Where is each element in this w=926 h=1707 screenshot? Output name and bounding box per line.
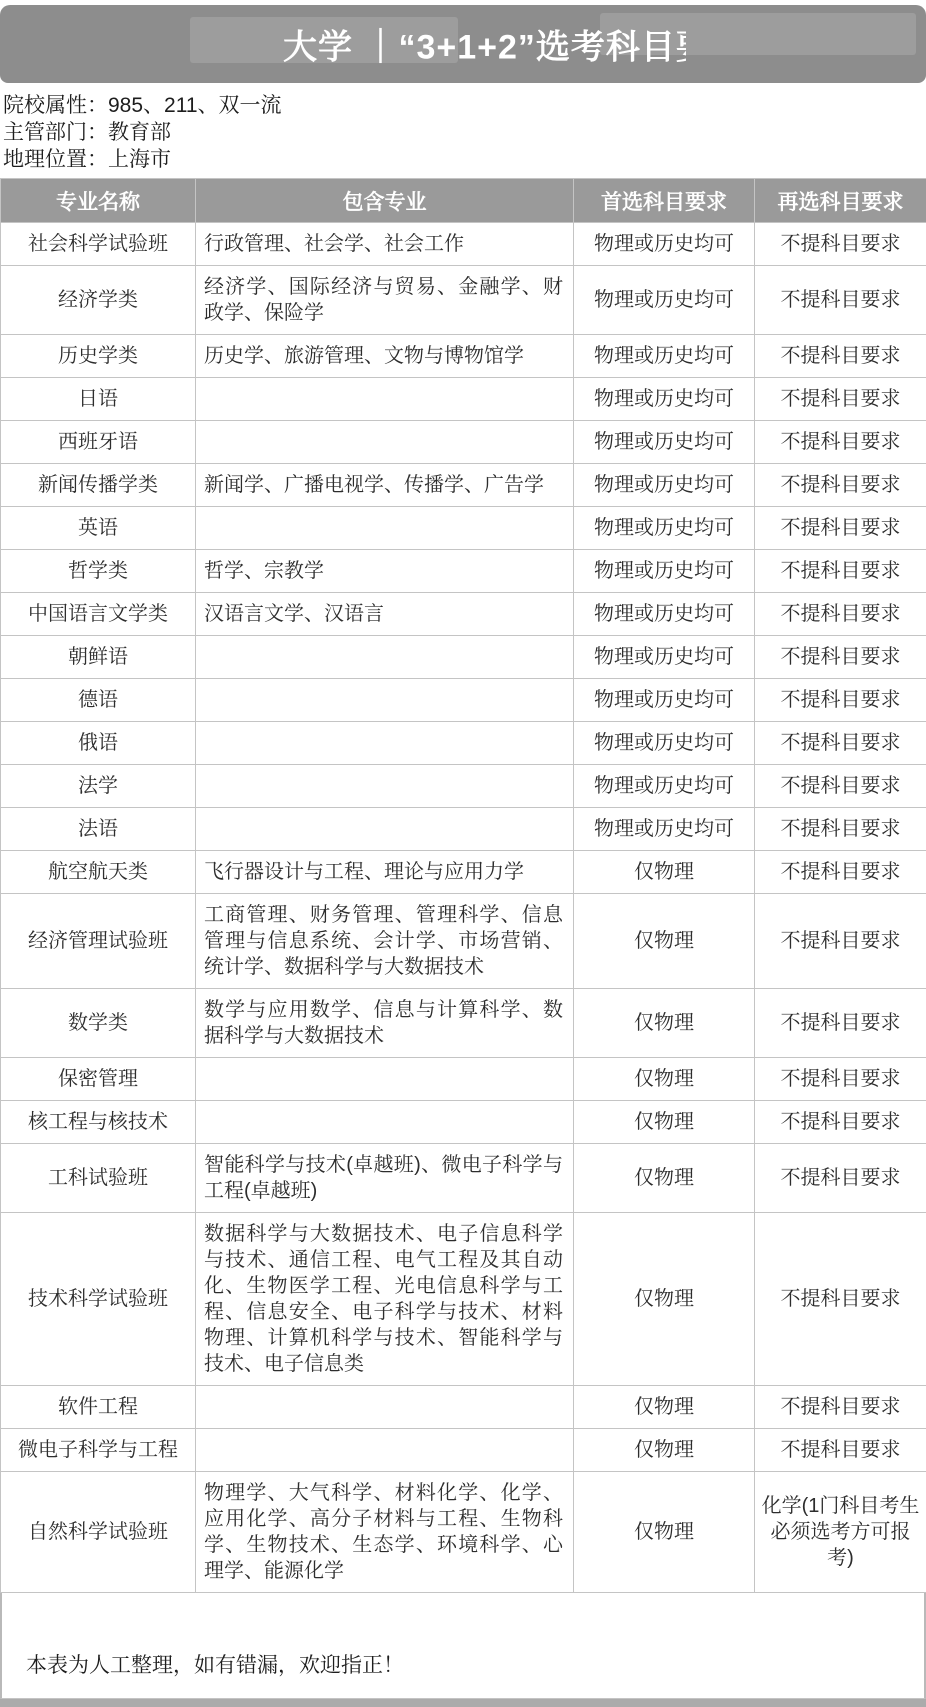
- first-subject-cell: 物理或历史均可: [574, 223, 755, 266]
- first-subject-cell: 仅物理: [574, 1386, 755, 1429]
- table-row: 新闻传播学类新闻学、广播电视学、传播学、广告学物理或历史均可不提科目要求: [1, 464, 926, 507]
- included-majors-cell: [196, 722, 574, 765]
- second-subject-cell: 不提科目要求: [755, 266, 926, 335]
- table-row: 保密管理仅物理不提科目要求: [1, 1058, 926, 1101]
- included-majors-cell: 工商管理、财务管理、管理科学、信息管理与信息系统、会计学、市场营销、统计学、数据…: [196, 894, 574, 989]
- second-subject-cell: 不提科目要求: [755, 1386, 926, 1429]
- included-majors-cell: [196, 1058, 574, 1101]
- included-majors-cell: [196, 378, 574, 421]
- major-name-cell: 数学类: [1, 989, 196, 1058]
- page-title-clipped-text: 要求: [676, 20, 686, 69]
- included-majors-cell: 经济学、国际经济与贸易、金融学、财政学、保险学: [196, 266, 574, 335]
- included-majors-cell: 哲学、宗教学: [196, 550, 574, 593]
- major-name-cell: 社会科学试验班: [1, 223, 196, 266]
- first-subject-cell: 仅物理: [574, 989, 755, 1058]
- table-header-row: 专业名称 包含专业 首选科目要求 再选科目要求: [1, 179, 926, 223]
- major-name-cell: 软件工程: [1, 1386, 196, 1429]
- bottom-bar: [0, 1699, 926, 1707]
- first-subject-cell: 物理或历史均可: [574, 765, 755, 808]
- footer-note: 本表为人工整理，如有错漏，欢迎指正！: [26, 1654, 404, 1677]
- included-majors-cell: [196, 1429, 574, 1472]
- major-name-cell: 经济学类: [1, 266, 196, 335]
- second-subject-cell: 不提科目要求: [755, 1144, 926, 1213]
- table-row: 经济学类经济学、国际经济与贸易、金融学、财政学、保险学物理或历史均可不提科目要求: [1, 266, 926, 335]
- first-subject-cell: 物理或历史均可: [574, 335, 755, 378]
- title-banner: 大学 ｜“3+1+2”选考科目要求: [0, 5, 926, 83]
- major-name-cell: 核工程与核技术: [1, 1101, 196, 1144]
- second-subject-cell: 不提科目要求: [755, 464, 926, 507]
- footer-note-box: 本表为人工整理，如有错漏，欢迎指正！: [0, 1593, 926, 1699]
- included-majors-cell: [196, 507, 574, 550]
- second-subject-cell: 不提科目要求: [755, 1058, 926, 1101]
- first-subject-cell: 仅物理: [574, 1144, 755, 1213]
- table-row: 社会科学试验班行政管理、社会学、社会工作物理或历史均可不提科目要求: [1, 223, 926, 266]
- table-row: 法学物理或历史均可不提科目要求: [1, 765, 926, 808]
- page-title-text: 大学 ｜“3+1+2”选考科目: [283, 29, 676, 67]
- major-name-cell: 俄语: [1, 722, 196, 765]
- included-majors-cell: 汉语言文学、汉语言: [196, 593, 574, 636]
- column-header-first-subject: 首选科目要求: [574, 179, 755, 223]
- second-subject-cell: 不提科目要求: [755, 808, 926, 851]
- table-row: 中国语言文学类汉语言文学、汉语言物理或历史均可不提科目要求: [1, 593, 926, 636]
- first-subject-cell: 物理或历史均可: [574, 679, 755, 722]
- first-subject-cell: 物理或历史均可: [574, 636, 755, 679]
- second-subject-cell: 不提科目要求: [755, 722, 926, 765]
- table-row: 数学类数学与应用数学、信息与计算科学、数据科学与大数据技术仅物理不提科目要求: [1, 989, 926, 1058]
- first-subject-cell: 仅物理: [574, 851, 755, 894]
- table-row: 俄语物理或历史均可不提科目要求: [1, 722, 926, 765]
- included-majors-cell: 智能科学与技术(卓越班)、微电子科学与工程(卓越班): [196, 1144, 574, 1213]
- second-subject-cell: 不提科目要求: [755, 378, 926, 421]
- included-majors-cell: [196, 808, 574, 851]
- table-row: 微电子科学与工程仅物理不提科目要求: [1, 1429, 926, 1472]
- first-subject-cell: 物理或历史均可: [574, 593, 755, 636]
- major-name-cell: 保密管理: [1, 1058, 196, 1101]
- table-row: 软件工程仅物理不提科目要求: [1, 1386, 926, 1429]
- included-majors-cell: 新闻学、广播电视学、传播学、广告学: [196, 464, 574, 507]
- second-subject-cell: 不提科目要求: [755, 851, 926, 894]
- first-subject-cell: 仅物理: [574, 1429, 755, 1472]
- first-subject-cell: 仅物理: [574, 894, 755, 989]
- major-name-cell: 日语: [1, 378, 196, 421]
- included-majors-cell: [196, 765, 574, 808]
- second-subject-cell: 不提科目要求: [755, 1429, 926, 1472]
- table-row: 西班牙语物理或历史均可不提科目要求: [1, 421, 926, 464]
- second-subject-cell: 不提科目要求: [755, 894, 926, 989]
- major-name-cell: 微电子科学与工程: [1, 1429, 196, 1472]
- major-name-cell: 英语: [1, 507, 196, 550]
- table-row: 工科试验班智能科学与技术(卓越班)、微电子科学与工程(卓越班)仅物理不提科目要求: [1, 1144, 926, 1213]
- included-majors-cell: 飞行器设计与工程、理论与应用力学: [196, 851, 574, 894]
- table-row: 经济管理试验班工商管理、财务管理、管理科学、信息管理与信息系统、会计学、市场营销…: [1, 894, 926, 989]
- first-subject-cell: 物理或历史均可: [574, 421, 755, 464]
- subjects-table: 专业名称 包含专业 首选科目要求 再选科目要求 社会科学试验班行政管理、社会学、…: [0, 178, 926, 1593]
- first-subject-cell: 物理或历史均可: [574, 550, 755, 593]
- table-row: 历史学类历史学、旅游管理、文物与博物馆学物理或历史均可不提科目要求: [1, 335, 926, 378]
- major-name-cell: 德语: [1, 679, 196, 722]
- major-name-cell: 西班牙语: [1, 421, 196, 464]
- school-info: 院校属性：985、211、双一流 主管部门：教育部 地理位置：上海市: [0, 83, 926, 178]
- second-subject-cell: 不提科目要求: [755, 1213, 926, 1386]
- major-name-cell: 朝鲜语: [1, 636, 196, 679]
- major-name-cell: 技术科学试验班: [1, 1213, 196, 1386]
- included-majors-cell: 行政管理、社会学、社会工作: [196, 223, 574, 266]
- first-subject-cell: 仅物理: [574, 1101, 755, 1144]
- second-subject-cell: 不提科目要求: [755, 335, 926, 378]
- info-line-department: 主管部门：教育部: [3, 119, 926, 146]
- column-header-major-name: 专业名称: [1, 179, 196, 223]
- major-name-cell: 工科试验班: [1, 1144, 196, 1213]
- included-majors-cell: [196, 1386, 574, 1429]
- second-subject-cell: 不提科目要求: [755, 636, 926, 679]
- second-subject-cell: 不提科目要求: [755, 550, 926, 593]
- second-subject-cell: 不提科目要求: [755, 593, 926, 636]
- first-subject-cell: 仅物理: [574, 1058, 755, 1101]
- major-name-cell: 经济管理试验班: [1, 894, 196, 989]
- major-name-cell: 航空航天类: [1, 851, 196, 894]
- major-name-cell: 哲学类: [1, 550, 196, 593]
- included-majors-cell: [196, 421, 574, 464]
- included-majors-cell: 数据科学与大数据技术、电子信息科学与技术、通信工程、电气工程及其自动化、生物医学…: [196, 1213, 574, 1386]
- table-row: 德语物理或历史均可不提科目要求: [1, 679, 926, 722]
- page-title: 大学 ｜“3+1+2”选考科目要求: [283, 20, 686, 69]
- table-row: 技术科学试验班数据科学与大数据技术、电子信息科学与技术、通信工程、电气工程及其自…: [1, 1213, 926, 1386]
- first-subject-cell: 仅物理: [574, 1213, 755, 1386]
- first-subject-cell: 物理或历史均可: [574, 266, 755, 335]
- first-subject-cell: 仅物理: [574, 1472, 755, 1593]
- first-subject-cell: 物理或历史均可: [574, 507, 755, 550]
- table-row: 朝鲜语物理或历史均可不提科目要求: [1, 636, 926, 679]
- included-majors-cell: [196, 1101, 574, 1144]
- table-row: 英语物理或历史均可不提科目要求: [1, 507, 926, 550]
- second-subject-cell: 不提科目要求: [755, 507, 926, 550]
- table-row: 航空航天类飞行器设计与工程、理论与应用力学仅物理不提科目要求: [1, 851, 926, 894]
- included-majors-cell: [196, 636, 574, 679]
- included-majors-cell: 历史学、旅游管理、文物与博物馆学: [196, 335, 574, 378]
- major-name-cell: 新闻传播学类: [1, 464, 196, 507]
- second-subject-cell: 化学(1门科目考生必须选考方可报考): [755, 1472, 926, 1593]
- table-body: 社会科学试验班行政管理、社会学、社会工作物理或历史均可不提科目要求经济学类经济学…: [1, 223, 926, 1593]
- table-row: 日语物理或历史均可不提科目要求: [1, 378, 926, 421]
- table-row: 核工程与核技术仅物理不提科目要求: [1, 1101, 926, 1144]
- second-subject-cell: 不提科目要求: [755, 765, 926, 808]
- first-subject-cell: 物理或历史均可: [574, 378, 755, 421]
- second-subject-cell: 不提科目要求: [755, 1101, 926, 1144]
- major-name-cell: 中国语言文学类: [1, 593, 196, 636]
- page: 大学 ｜“3+1+2”选考科目要求 院校属性：985、211、双一流 主管部门：…: [0, 5, 926, 1707]
- table-row: 自然科学试验班物理学、大气科学、材料化学、化学、应用化学、高分子材料与工程、生物…: [1, 1472, 926, 1593]
- first-subject-cell: 物理或历史均可: [574, 808, 755, 851]
- major-name-cell: 法语: [1, 808, 196, 851]
- included-majors-cell: [196, 679, 574, 722]
- first-subject-cell: 物理或历史均可: [574, 722, 755, 765]
- major-name-cell: 历史学类: [1, 335, 196, 378]
- major-name-cell: 自然科学试验班: [1, 1472, 196, 1593]
- second-subject-cell: 不提科目要求: [755, 421, 926, 464]
- second-subject-cell: 不提科目要求: [755, 223, 926, 266]
- second-subject-cell: 不提科目要求: [755, 679, 926, 722]
- table-row: 哲学类哲学、宗教学物理或历史均可不提科目要求: [1, 550, 926, 593]
- included-majors-cell: 数学与应用数学、信息与计算科学、数据科学与大数据技术: [196, 989, 574, 1058]
- major-name-cell: 法学: [1, 765, 196, 808]
- first-subject-cell: 物理或历史均可: [574, 464, 755, 507]
- column-header-included-majors: 包含专业: [196, 179, 574, 223]
- table-row: 法语物理或历史均可不提科目要求: [1, 808, 926, 851]
- column-header-second-subject: 再选科目要求: [755, 179, 926, 223]
- included-majors-cell: 物理学、大气科学、材料化学、化学、应用化学、高分子材料与工程、生物科学、生物技术…: [196, 1472, 574, 1593]
- second-subject-cell: 不提科目要求: [755, 989, 926, 1058]
- info-line-attributes: 院校属性：985、211、双一流: [3, 92, 926, 119]
- info-line-location: 地理位置：上海市: [3, 146, 926, 173]
